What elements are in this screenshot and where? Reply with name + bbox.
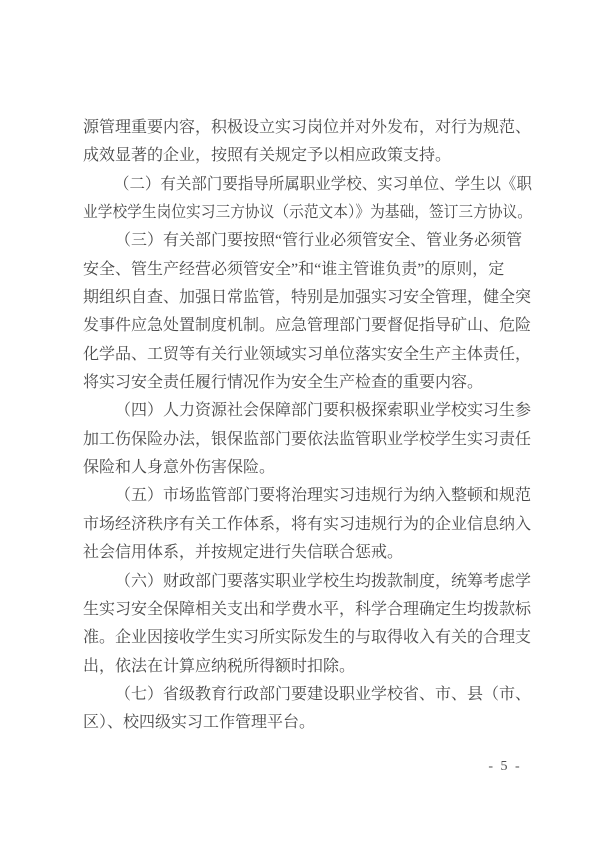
text-line: （六）财政部门要落实职业学校生均拨款制度，统筹考虑学: [83, 568, 532, 596]
text-line: 区）、校四级实习工作管理平台。: [83, 709, 532, 737]
text-line: 市场经济秩序有关工作体系，将有实习违规行为的企业信息纳入: [83, 511, 532, 539]
page-number: - 5 -: [476, 757, 534, 777]
text-line: 业学校学生岗位实习三方协议（示范文本）》为基础，签订三方协议。: [83, 199, 496, 227]
text-line: 期组织自查、加强日常监管，特别是加强实习安全管理，健全突: [83, 284, 532, 312]
text-line: （七）省级教育行政部门要建设职业学校省、市、县（市、: [83, 681, 532, 709]
text-line: 出，依法在计算应纳税所得额时扣除。: [83, 653, 532, 681]
text-line: 源管理重要内容，积极设立实习岗位并对外发布，对行为规范、: [83, 114, 532, 142]
text-line: （三）有关部门要按照“管行业必须管安全、管业务必须管: [83, 227, 532, 255]
text-line: 准。企业因接收学生实习所实际发生的与取得收入有关的合理支: [83, 624, 532, 652]
text-line: 发事件应急处置制度机制。应急管理部门要督促指导矿山、危险: [83, 312, 532, 340]
text-line: 成效显著的企业，按照有关规定予以相应政策支持。: [83, 142, 532, 170]
document-page: 源管理重要内容，积极设立实习岗位并对外发布，对行为规范、成效显著的企业，按照有关…: [0, 0, 600, 848]
text-line: 生实习安全保障相关支出和学费水平，科学合理确定生均拨款标: [83, 596, 532, 624]
text-line: 安全、管生产经营必须管安全”和“谁主管谁负责”的原则，定: [83, 256, 532, 284]
text-line: 加工伤保险办法，银保监部门要依法监管职业学校学生实习责任: [83, 426, 532, 454]
text-line: 将实习安全责任履行情况作为安全生产检查的重要内容。: [83, 369, 532, 397]
document-body-text: 源管理重要内容，积极设立实习岗位并对外发布，对行为规范、成效显著的企业，按照有关…: [83, 114, 532, 738]
text-line: （五）市场监管部门要将治理实习违规行为纳入整顿和规范: [83, 482, 532, 510]
text-line: 保险和人身意外伤害保险。: [83, 454, 532, 482]
text-line: 化学品、工贸等有关行业领域实习单位落实安全生产主体责任，: [83, 341, 532, 369]
text-line: （二）有关部门要指导所属职业学校、实习单位、学生以《职: [83, 171, 517, 199]
text-line: 社会信用体系，并按规定进行失信联合惩戒。: [83, 539, 532, 567]
text-line: （四）人力资源社会保障部门要积极探索职业学校实习生参: [83, 397, 532, 425]
